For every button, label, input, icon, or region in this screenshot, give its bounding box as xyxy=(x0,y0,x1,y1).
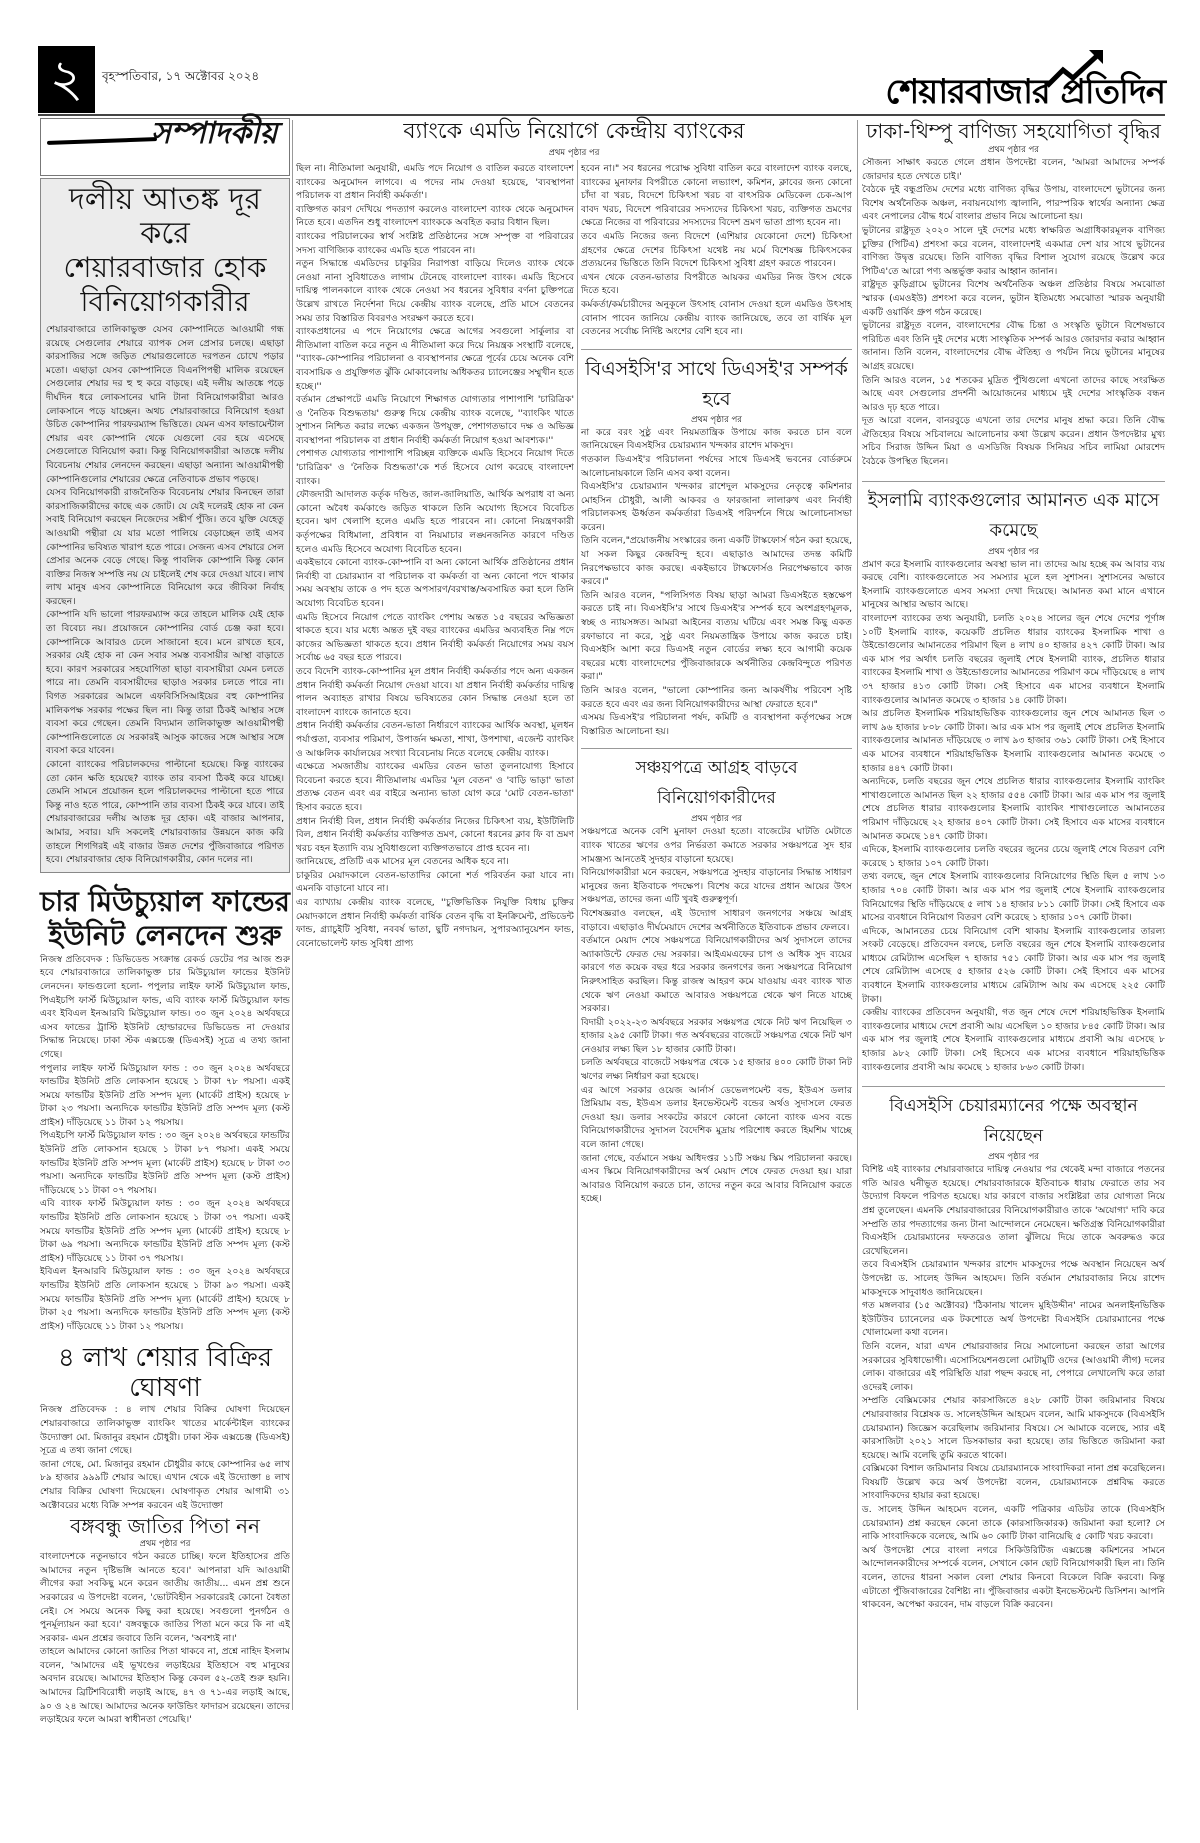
editorial-banner: সম্পাদকীয় xyxy=(40,118,290,176)
editorial-paragraph: শেয়ারবাজারে তালিকাভুক্ত যেসব কোম্পানিতে… xyxy=(46,323,284,486)
article-paragraph: এসময় ডিএসই'র পরিচালনা পর্ষদ, কমিটি ও ব্… xyxy=(581,711,852,738)
article-paragraph: জানা গেছে, বর্তমানে সঞ্চয় অধিদপ্তর ১১টি… xyxy=(581,1152,852,1206)
article-paragraph: প্রমাণ করে ইসলামি ব্যাংকগুলোর অবস্থা ভাল… xyxy=(862,558,1165,612)
article-paragraph: ব্যাংকপ্রধানের এ পদে নিয়োগের ক্ষেত্রে আ… xyxy=(296,325,574,393)
publication-date: বৃহস্পতিবার, ১৭ অক্টোবর ২০২৪ xyxy=(102,68,259,88)
article-paragraph: ব্যাংকের পরিচালকের স্বার্থ সংশ্লিষ্ট প্র… xyxy=(296,230,574,257)
bank-md-title: ব্যাংকে এমডি নিয়োগে কেন্দ্রীয় ব্যাংকের xyxy=(296,118,852,146)
article-paragraph: দূত আরো বলেন, বানরবুড়ে এখনো তার দেশের ম… xyxy=(862,414,1165,468)
article-paragraph: ভুটানের রাষ্ট্রদূত ২০২০ সালে দুই দেশের ম… xyxy=(862,224,1165,278)
newspaper-logo: শেয়ারবাজার প্রতিদিন xyxy=(885,46,1165,112)
article-paragraph: রাষ্ট্রদূত কুড়িগ্রামে ভুটানের বিশেষ অর্… xyxy=(862,278,1165,319)
share-sale-title: ৪ লাখ শেয়ার বিক্রির ঘোষণা xyxy=(40,1343,290,1403)
article-paragraph: তিনি বলেন,"প্রয়োজনীয় সংস্কারের জন্য এক… xyxy=(581,534,852,588)
savings-title: সঞ্চয়পত্রে আগ্রহ বাড়বে বিনিয়োগকারীদের xyxy=(581,748,852,813)
article-paragraph: গত মঙ্গলবার (১৫ অক্টোবর) 'ঠিকানায় খালেদ… xyxy=(862,1299,1165,1340)
logo-text: শেয়ারবাজার প্রতিদিন xyxy=(885,72,1165,112)
decorative-swoosh-icon xyxy=(47,137,157,145)
continuation-label: প্রথম পৃষ্ঠার পর xyxy=(581,813,852,825)
article-paragraph: একইভাবে কোনো ব্যাংক-কোম্পানি বা অন্য কোন… xyxy=(296,556,574,610)
article-paragraph: এবি ব্যাংক ফার্স্ট মিউচ্যুয়াল ফান্ড : ৩… xyxy=(40,1197,290,1265)
article-paragraph: বিশিষ্ট এই ব্যাংকার শেয়ারবাজারে দায়িত্… xyxy=(862,1163,1165,1258)
article-paragraph: না করে বরং সুষ্ঠু এবং নিয়মতান্ত্রিক উপা… xyxy=(581,426,852,453)
column-divider xyxy=(292,120,293,1710)
article-paragraph: আর প্রচলিত ইসলামিক শরিয়াহভিত্তিক ব্যাংক… xyxy=(862,707,1165,775)
right-column: ঢাকা-থিম্পু বাণিজ্য সহযোগিতা বৃদ্ধির প্র… xyxy=(862,118,1165,1612)
bsec-chairman-title: বিএসইসি চেয়ারম্যানের পক্ষে অবস্থান নিয়… xyxy=(862,1086,1165,1151)
article-paragraph: তিনি আরও বলেন, "ভালো কোম্পানির জন্য আকর্… xyxy=(581,684,852,711)
article-paragraph: তবে বিএসইসি চেয়ারম্যান খন্দকার রাশেদ মা… xyxy=(862,1258,1165,1299)
article-paragraph: অর্থ উপদেষ্টা শেরে বাংলা নগরে সিকিউরিটিজ… xyxy=(862,1544,1165,1612)
article-paragraph: ভুটানের রাষ্ট্রদূত বলেন, বাংলাদেশের বৌদ্… xyxy=(862,319,1165,373)
article-paragraph: এর ব্যাখ্যায় কেন্দ্রীয় ব্যাংক বলেছে, '… xyxy=(296,896,574,950)
article-paragraph: কেন্দ্রীয় ব্যাংকের প্রতিবেদন অনুযায়ী, … xyxy=(862,1006,1165,1074)
mutual-fund-title-line2: ইউনিট লেনদেন শুরু xyxy=(40,919,290,953)
article-paragraph: বেক্সিমকো বিশাল জরিমানার বিষয়ে চেয়ারম্… xyxy=(862,1462,1165,1503)
article-paragraph: তবে এমডি নিজের জন্য বিদেশে (এশিয়ার যেকো… xyxy=(581,230,852,271)
editorial-title-line2: শেয়ারবাজার হোক বিনিয়োগকারীর xyxy=(46,251,284,319)
column-divider xyxy=(577,160,578,1710)
editorial-box: দলীয় আতঙ্ক দূর করে শেয়ারবাজার হোক বিনি… xyxy=(40,178,290,873)
article-paragraph: বিশেষজ্ঞরাও বলছেন, এই উদ্যোগ সাধারণ জনগণ… xyxy=(581,907,852,934)
bangabandhu-title: বঙ্গবন্ধু জাতির পিতা নন xyxy=(40,1514,290,1538)
article-paragraph: চলতি অর্থবছরে বাজেটে সঞ্চয়পত্র থেকে ১৫ … xyxy=(581,1056,852,1083)
article-paragraph: চাকুরির মেয়াদকালে বেতন-ভাতাদির কোনো শর্… xyxy=(296,869,574,896)
editorial-paragraph: কোম্পানি যদি ভালো পারফরম্যান্স করে তাহলে… xyxy=(46,608,284,758)
continuation-label: প্রথম পৃষ্ঠার পর xyxy=(40,1538,290,1550)
middle-column-1: ছিল না। নীতিমালা অনুযায়ী, এমডি পদে নিয়… xyxy=(296,162,574,950)
article-paragraph: তিনি আরও বলেন, "পলিসিগত বিষয় ছাড়া আমরা… xyxy=(581,589,852,684)
article-paragraph: কর্মকর্তা/কর্মচারীদের অনুকূলে উৎসাহ বোনা… xyxy=(581,298,852,339)
article-paragraph: পেশাগত যোগ্যতার পাশাপাশি পরিচ্ছন্ন ব্যক্… xyxy=(296,447,574,488)
column-divider xyxy=(857,120,858,1710)
mutual-fund-title-line1: চার মিউচ্যুয়াল ফান্ডের xyxy=(40,885,290,919)
article-paragraph: এমডি হিসেবে নিয়োগ পেতে ব্যাংকিং পেশায় … xyxy=(296,611,574,665)
article-paragraph: এক্ষেত্রে সমজাতীয় ব্যাংকের এমডির বেতন ভ… xyxy=(296,760,574,814)
article-paragraph: তাহলে আমাদের কোনো জাতির পিতা থাকবে না, প… xyxy=(40,1645,290,1727)
article-paragraph: পিএইচপি ফার্স্ট মিউচ্যুয়াল ফান্ড : ৩০ জ… xyxy=(40,1129,290,1197)
continuation-label: প্রথম পৃষ্ঠার পর xyxy=(581,414,852,426)
article-paragraph: ব্যক্তিগত কারণ দেখিয়ে পদত্যাগ করলেও বাং… xyxy=(296,203,574,230)
article-paragraph: বিএসইসি'র চেয়ারম্যান খন্দকার রাশেদুল মা… xyxy=(581,480,852,534)
continuation-label: প্রথম পৃষ্ঠার পর xyxy=(862,1151,1165,1163)
article-paragraph: বাংলাদেশ ব্যাংকের তথ্য অনুযায়ী, চলতি ২০… xyxy=(862,612,1165,707)
middle-column-2: হবেন না।" সব ধরনের পরোক্ষ সুবিধা বাতিল ক… xyxy=(581,162,852,1206)
article-paragraph: এদিকে, ইসলামি ব্যাংকগুলোর চলতি বছরের জুন… xyxy=(862,843,1165,870)
article-paragraph: পপুলার লাইফ ফার্স্ট মিউচ্যুয়াল ফান্ড : … xyxy=(40,1062,290,1130)
dhaka-thimphu-title: ঢাকা-থিম্পু বাণিজ্য সহযোগিতা বৃদ্ধির xyxy=(862,118,1165,144)
article-paragraph: বর্তমানে মেয়াদ শেষে সঞ্চয়পত্রে বিনিয়ো… xyxy=(581,934,852,1016)
article-paragraph: বৈঠকে দুই বন্ধুপ্রতিম দেশের মধ্যে বাণিজ্… xyxy=(862,183,1165,224)
masthead: ২ বৃহস্পতিবার, ১৭ অক্টোবর ২০২৪ শেয়ারবাজ… xyxy=(38,46,1165,116)
article-paragraph: অন্যদিকে, চলতি বছরের জুন শেষে প্রচলিত ধা… xyxy=(862,775,1165,843)
article-paragraph: ড. সালেহ উদ্দিন আহমেদ বলেন, একটি পত্রিকা… xyxy=(862,1503,1165,1544)
page-number: ২ xyxy=(38,46,95,113)
article-paragraph: এদিকে, আমানতের চেয়ে বিনিয়োগ বেশি থাকায… xyxy=(862,925,1165,1007)
article-paragraph: নতুন সিদ্ধান্তে এমডিদের চাকুরির নিরাপত্ত… xyxy=(296,257,574,325)
article-paragraph: নিজস্ব প্রতিবেদক : ডিভিডেন্ড সংক্রান্ত র… xyxy=(40,953,290,1062)
article-paragraph: সৌজন্য সাক্ষাৎ করতে গেলে প্রধান উপদেষ্টা… xyxy=(862,156,1165,183)
continuation-label: প্রথম পৃষ্ঠার পর xyxy=(862,546,1165,558)
islami-bank-title: ইসলামি ব্যাংকগুলোর আমানত এক মাসে কমেছে xyxy=(862,481,1165,546)
article-paragraph: বাংলাদেশকে নতুনভাবে গঠন করতে চাচ্ছি। ফলে… xyxy=(40,1550,290,1645)
article-paragraph: সঞ্চয়পত্রে অনেক বেশি মুনাফা দেওয়া হতো।… xyxy=(581,825,852,866)
article-paragraph: বর্তমান প্রেক্ষাপটে এমডি নিয়োগে শিক্ষাগ… xyxy=(296,393,574,447)
article-paragraph: তিনি আরও বলেন, ১৫ শতকের মুদ্রিত পুঁথিগুল… xyxy=(862,374,1165,415)
article-paragraph: জানা গেছে, মো. মিজানুর রহমান চৌধুরীর কাছ… xyxy=(40,1458,290,1512)
editorial-paragraph: যেসব বিনিয়োগকারী রাজনৈতিক বিবেচনায় শেয… xyxy=(46,486,284,608)
bsec-dse-title: বিএসইসি'র সাথে ডিএসই'র সম্পর্ক হবে xyxy=(581,349,852,414)
article-paragraph: এখন থেকে বেতন-ভাতার বিপরীতে আয়কর এমডির … xyxy=(581,271,852,298)
article-paragraph: প্রধান নির্বাহী বিল, প্রধান নির্বাহী কর্… xyxy=(296,815,574,856)
article-paragraph: প্রধান নির্বাহী কর্মকর্তার বেতন-ভাতা নির… xyxy=(296,719,574,760)
left-column: সম্পাদকীয় দলীয় আতঙ্ক দূর করে শেয়ারবাজ… xyxy=(40,118,290,1727)
trend-arrow-icon xyxy=(1045,48,1105,88)
article-paragraph: নিজস্ব প্রতিবেদক : ৪ লাখ শেয়ার বিক্রির … xyxy=(40,1403,290,1457)
article-paragraph: ইবিএল ইনআরবি মিউচ্যুয়াল ফান্ড : ৩০ জুন … xyxy=(40,1265,290,1333)
continuation-label: প্রথম পৃষ্ঠার পর xyxy=(296,146,852,160)
article-paragraph: তথ্য বলছে, জুন শেষে ইসলামি ব্যাংকগুলোর ব… xyxy=(862,870,1165,924)
article-paragraph: বিদায়ী ২০২২-২৩ অর্থবছরে সরকার সঞ্চয়পত্… xyxy=(581,1016,852,1057)
article-paragraph: গতকাল ডিএসই'র পরিচালনা পর্ষদের সাথে ডিএস… xyxy=(581,453,852,480)
continuation-label: প্রথম পৃষ্ঠার পর xyxy=(862,144,1165,156)
article-paragraph: তিনি বলেন, যারা এখন শেয়ারবাজার নিয়ে সম… xyxy=(862,1340,1165,1394)
article-paragraph: জানিয়েছে, প্রতিটি এক মাসের মূল বেতনের অ… xyxy=(296,855,574,869)
article-paragraph: ফৌজদারী আদালত কর্তৃক দণ্ডিত, জাল-জালিয়া… xyxy=(296,488,574,556)
article-paragraph: তবে বিদেশি ব্যাংক-কোম্পানির মূল প্রধান ন… xyxy=(296,665,574,719)
article-paragraph: ছিল না। নীতিমালা অনুযায়ী, এমডি পদে নিয়… xyxy=(296,162,574,203)
editorial-title-line1: দলীয় আতঙ্ক দূর করে xyxy=(46,183,284,251)
article-paragraph: হবেন না।" সব ধরনের পরোক্ষ সুবিধা বাতিল ক… xyxy=(581,162,852,230)
article-paragraph: সম্প্রতি বেক্সিমকোর শেয়ার কারসাজিতে ৪২৮… xyxy=(862,1394,1165,1462)
editorial-label: সম্পাদকীয় xyxy=(151,127,277,141)
editorial-paragraph: কোনো ব্যাংকের পরিচালকদের পাল্টানো হয়েছে… xyxy=(46,758,284,867)
article-paragraph: বিনিয়োগকারীরা মনে করছেন, সঞ্চয়পত্রে সু… xyxy=(581,866,852,907)
article-paragraph: এর আগে সরকার ওয়েজ আর্নার্স ডেভেলপমেন্ট … xyxy=(581,1084,852,1152)
